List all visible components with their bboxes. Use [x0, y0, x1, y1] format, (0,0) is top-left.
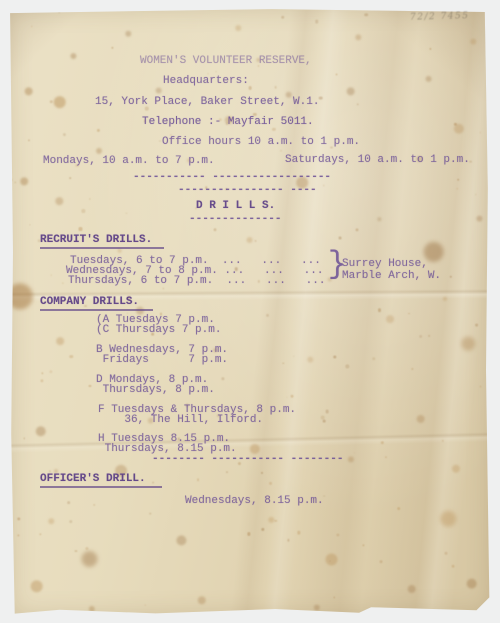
telephone-line: Telephone :- Mayfair 5011.: [142, 117, 314, 128]
company-drill-line: (C Thursdays 7 p.m.: [96, 325, 221, 336]
recruit-drill-row: Thursdays, 6 to 7 p.m. ... ... ...: [68, 276, 325, 287]
company-drill-line: Fridays 7 p.m.: [96, 355, 228, 366]
recruits-drills-heading: RECRUIT'S DRILLS.: [40, 235, 164, 249]
drill-location-line: Surrey House,: [342, 259, 428, 270]
pencil-note: 72/2 7455: [410, 11, 470, 23]
org-name-line: WOMEN'S VOLUNTEER RESERVE,: [140, 56, 312, 67]
separator-line-1: ----------- ------------------: [133, 172, 331, 183]
drills-title: D R I L L S.: [196, 201, 275, 212]
typewritten-content: 72/2 7455 WOMEN'S VOLUNTEER RESERVE, Hea…: [0, 0, 500, 623]
mondays-hours-line: Mondays, 10 a.m. to 7 p.m.: [43, 156, 215, 167]
company-drill-line: Thursdays, 8 p.m.: [96, 385, 215, 396]
office-hours-line: Office hours 10 a.m. to 1 p.m.: [162, 137, 360, 148]
officers-drill-time: Wednesdays, 8.15 p.m.: [185, 496, 324, 507]
drill-location-line: Marble Arch, W.: [342, 271, 441, 282]
company-drills-heading: COMPANY DRILLS.: [40, 297, 153, 311]
scanned-document-photo: 72/2 7455 WOMEN'S VOLUNTEER RESERVE, Hea…: [0, 0, 500, 623]
address-line: 15, York Place, Baker Street, W.1.: [95, 97, 319, 108]
company-drill-line: 36, The Hill, Ilford.: [98, 415, 263, 426]
separator-line-2: ---------------- ----: [178, 185, 317, 196]
drills-title-underline: --------------: [189, 214, 281, 225]
officers-drill-heading: OFFICER'S DRILL.: [40, 474, 162, 488]
saturdays-hours-line: Saturdays, 10 a.m. to 1 p.m.: [285, 155, 470, 166]
headquarters-line: Headquarters:: [163, 76, 249, 87]
separator-line-3: -------- ----------- --------: [152, 454, 343, 465]
